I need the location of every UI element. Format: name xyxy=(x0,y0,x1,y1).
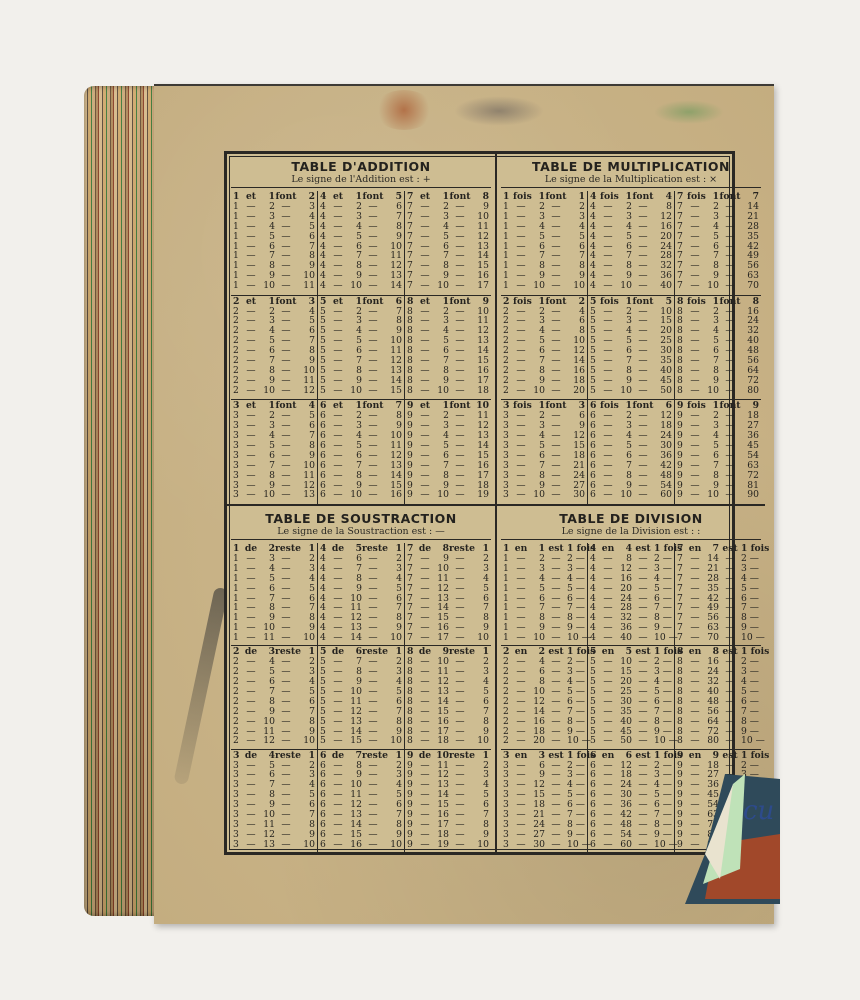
back-cover: TABLE D'ADDITION Le signe de l'Addition … xyxy=(154,84,774,924)
table-block-9: 9de10reste19—11—29—12—39—13—49—14—59—15—… xyxy=(405,750,491,852)
table-block-8: 8et1font98—2—108—3—118—4—128—5—138—6—148… xyxy=(405,296,491,401)
table-block-5: 5de6reste15—7—25—8—35—9—45—10—55—11—65—1… xyxy=(318,646,405,749)
table-row: 1—10—10 — xyxy=(503,633,585,643)
table-row: 8—80—10 — xyxy=(677,736,759,746)
table-row: 6—10—16 xyxy=(320,490,402,500)
table-block-3: 3et1font43—2—53—3—63—4—73—5—83—6—93—7—10… xyxy=(231,400,318,504)
table-row: 1—10—11 xyxy=(233,281,315,291)
notebook: TABLE D'ADDITION Le signe de l'Addition … xyxy=(84,84,774,924)
table-row: 3—10—30 xyxy=(503,490,585,500)
table-block-6: 6fois1font66—2—126—3—186—4—246—5—306—6—3… xyxy=(588,400,675,504)
table-block-1: 1en1est1 fois1—2—2 —1—3—3 —1—4—4 —1—5—5 … xyxy=(501,543,588,646)
table-row: 8—10—80 xyxy=(677,386,759,396)
table-row: 6—16—10 xyxy=(320,840,402,850)
ink-stain xyxy=(374,90,434,130)
table-row: 5—15—10 xyxy=(320,736,402,746)
table-block-8: 8en8est1 fois8—16—2 —8—24—3 —8—32—4 —8—4… xyxy=(675,646,761,749)
table-block-1: 1de2reste11—3—21—4—31—5—41—6—51—7—61—8—7… xyxy=(231,543,318,646)
multiplication-table: TABLE DE MULTIPLICATION Le signe de la M… xyxy=(497,154,765,506)
table-row: 4—10—40 xyxy=(590,281,672,291)
subtraction-table: TABLE DE SOUSTRACTION Le signe de la Sou… xyxy=(227,506,497,852)
addition-subtitle: Le signe de l'Addition est : + xyxy=(231,174,491,188)
table-row: 9—19—10 xyxy=(407,840,489,850)
table-row: 1—10—10 xyxy=(503,281,585,291)
table-row: 7—17—10 xyxy=(407,633,489,643)
table-row: 4—14—10 xyxy=(320,633,402,643)
table-block-3: 3en3est1 fois3—6—2 —3—9—3 —3—12—4 —3—15—… xyxy=(501,750,588,852)
division-subtitle: Le signe de la Division est : : xyxy=(501,526,761,540)
table-row: 3—13—10 xyxy=(233,840,315,850)
table-row: 3—10—13 xyxy=(233,490,315,500)
table-block-1: 1fois1font11—2—21—3—31—4—41—5—51—6—61—7—… xyxy=(501,191,588,296)
table-block-4: 4de5reste14—6—24—7—34—8—44—9—54—10—64—11… xyxy=(318,543,405,646)
handwriting: cu xyxy=(743,796,774,826)
table-block-7: 7et1font87—2—97—3—107—4—117—5—127—6—137—… xyxy=(405,191,491,296)
table-row: 5—10—15 xyxy=(320,386,402,396)
division-title: TABLE DE DIVISION xyxy=(501,512,761,526)
table-block-4: 4fois1font44—2—84—3—124—4—164—5—204—6—24… xyxy=(588,191,675,296)
table-row: 2—10—12 xyxy=(233,386,315,396)
table-row: 6—60—10 — xyxy=(590,840,672,850)
ink-stain xyxy=(454,96,544,126)
table-block-7: 7fois1font77—2—147—3—217—4—287—5—357—6—4… xyxy=(675,191,761,296)
table-block-8: 8fois1font88—2—168—3—248—4—328—5—408—6—4… xyxy=(675,296,761,401)
table-row: 9—10—19 xyxy=(407,490,489,500)
ink-stain xyxy=(654,100,724,124)
table-row: 6—10—60 xyxy=(590,490,672,500)
table-block-6: 6de7reste16—8—26—9—36—10—46—11—56—12—66—… xyxy=(318,750,405,852)
table-row: 2—20—10 — xyxy=(503,736,585,746)
table-row: 4—40—10 — xyxy=(590,633,672,643)
table-block-7: 7de8reste17—9—27—10—37—11—47—12—57—13—67… xyxy=(405,543,491,646)
table-row: 9—10—90 xyxy=(677,490,759,500)
table-row: 7—10—17 xyxy=(407,281,489,291)
table-block-9: 9fois1font99—2—189—3—279—4—369—5—459—6—5… xyxy=(675,400,761,504)
table-row: 2—10—20 xyxy=(503,386,585,396)
table-block-1: 1et1font21—2—31—3—41—4—51—5—61—6—71—7—81… xyxy=(231,191,318,296)
table-block-6: 6et1font76—2—86—3—96—4—106—5—116—6—126—7… xyxy=(318,400,405,504)
table-block-2: 2en2est1 fois2—4—2 —2—6—3 —2—8—4 —2—10—5… xyxy=(501,646,588,749)
table-row: 7—10—70 xyxy=(677,281,759,291)
table-block-4: 4en4est1 fois4—8—2 —4—12—3 —4—16—4 —4—20… xyxy=(588,543,675,646)
addition-table: TABLE D'ADDITION Le signe de l'Addition … xyxy=(227,154,497,506)
table-row: 4—10—14 xyxy=(320,281,402,291)
table-block-5: 5en5est1 fois5—10—2 —5—15—3 —5—20—4 —5—2… xyxy=(588,646,675,749)
subtraction-subtitle: Le signe de la Soustraction est : — xyxy=(231,526,491,540)
subtraction-title: TABLE DE SOUSTRACTION xyxy=(231,512,491,526)
addition-title: TABLE D'ADDITION xyxy=(231,160,491,174)
table-row: 2—12—10 xyxy=(233,736,315,746)
table-row: 3—30—10 — xyxy=(503,840,585,850)
table-row: 8—18—10 xyxy=(407,736,489,746)
table-block-2: 2fois1font22—2—42—3—62—4—82—5—102—6—122—… xyxy=(501,296,588,401)
table-block-2: 2et1font32—2—42—3—52—4—62—5—72—6—82—7—92… xyxy=(231,296,318,401)
multiplication-subtitle: Le signe de la Multiplication est : × xyxy=(501,174,761,188)
table-block-4: 4et1font54—2—64—3—74—4—84—5—94—6—104—7—1… xyxy=(318,191,405,296)
table-row: 8—10—18 xyxy=(407,386,489,396)
table-row: 5—50—10 — xyxy=(590,736,672,746)
table-block-9: 9et1font109—2—119—3—129—4—139—5—149—6—15… xyxy=(405,400,491,504)
table-block-7: 7en7est1 fois7—14—2 —7—21—3 —7—28—4 —7—3… xyxy=(675,543,761,646)
table-row: 1—11—10 xyxy=(233,633,315,643)
table-block-5: 5et1font65—2—75—3—85—4—95—5—105—6—115—7—… xyxy=(318,296,405,401)
arithmetic-tables: TABLE D'ADDITION Le signe de l'Addition … xyxy=(224,151,735,855)
table-block-6: 6en6est1 fois6—12—2 —6—18—3 —6—24—4 —6—3… xyxy=(588,750,675,852)
multiplication-title: TABLE DE MULTIPLICATION xyxy=(501,160,761,174)
table-block-3: 3de4reste13—5—23—6—33—7—43—8—53—9—63—10—… xyxy=(231,750,318,852)
ink-streak xyxy=(173,587,228,786)
table-block-5: 5fois1font55—2—105—3—155—4—205—5—255—6—3… xyxy=(588,296,675,401)
table-row: 5—10—50 xyxy=(590,386,672,396)
table-block-2: 2de3reste12—4—22—5—32—6—42—7—52—8—62—9—7… xyxy=(231,646,318,749)
table-row: 7—70—10 — xyxy=(677,633,759,643)
table-block-3: 3fois1font33—2—63—3—93—4—123—5—153—6—183… xyxy=(501,400,588,504)
torn-corner: cu xyxy=(685,774,780,904)
table-block-8: 8de9reste18—10—28—11—38—12—48—13—58—14—6… xyxy=(405,646,491,749)
